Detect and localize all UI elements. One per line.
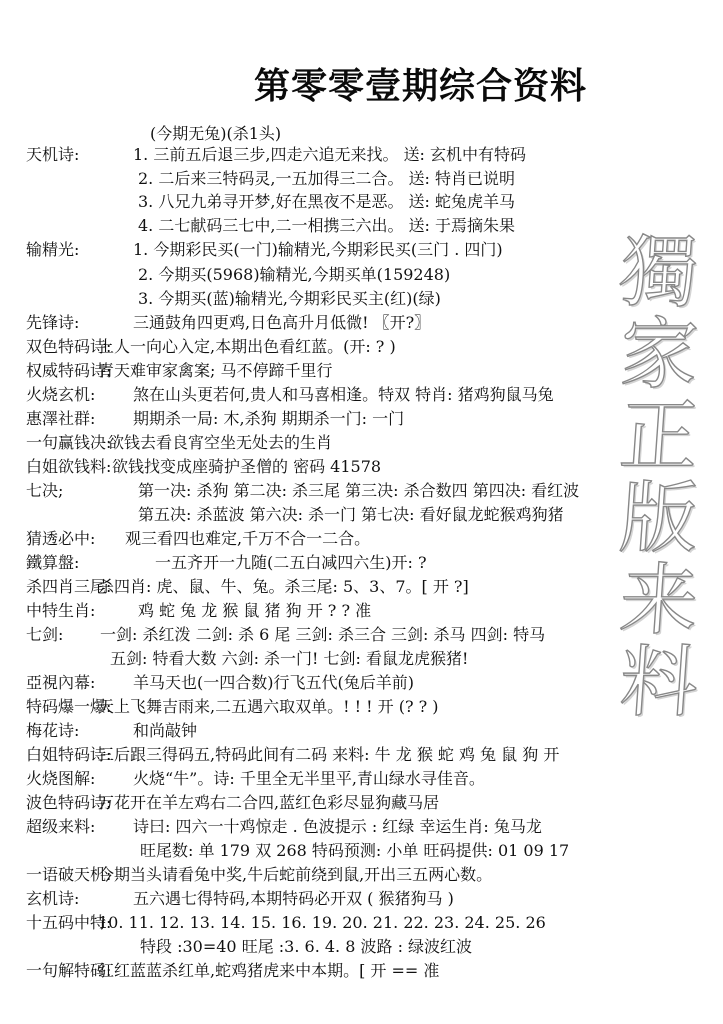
section-line: 杀四肖: 虎、鼠、牛、兔。杀三尾: 5、3、7。[ 开 ?]: [98, 577, 469, 597]
watermark: 獨 家 正 版 来 料: [614, 232, 704, 724]
section-label: 一句赢钱决:: [26, 433, 111, 453]
section-line: 三通鼓角四更鸡,日色高升月低微! 〖开?〗: [133, 313, 430, 333]
section-label: 先锋诗:: [26, 313, 79, 333]
section-line: 期期杀一局: 木,杀狗 期期杀一门: 一门: [133, 409, 404, 429]
section-label: 七决;: [26, 481, 63, 501]
section-label: 白姐欲钱料:: [26, 457, 111, 477]
section-line: 4. 二七献码三七中,二一相携三六出。 送: 于焉摘朱果: [138, 216, 515, 236]
watermark-char: 正: [617, 396, 701, 478]
section-line: 1. 今期彩民买(一门)输精光,今期彩民买(三门 . 四门): [133, 240, 503, 260]
watermark-char: 料: [617, 642, 701, 724]
section-line: 火烧“牛”。诗: 千里全无半里平,青山绿水寻佳音。: [133, 769, 485, 789]
page-title: 第零零壹期综合资料: [254, 58, 587, 109]
section-line: 万花开在羊左鸡右二合四,蓝红色彩尽显狗藏马居: [98, 793, 439, 813]
section-line: 3. 今期买(蓝)输精光,今期彩民买主(红)(绿): [138, 289, 441, 309]
section-label: 火烧图解:: [26, 769, 95, 789]
section-line: 1. 三前五后退三步,四走六追无来找。 送: 玄机中有特码: [133, 145, 526, 165]
section-line: 红红蓝蓝杀红单,蛇鸡猪虎来中本期。[ 开 == 准: [98, 961, 439, 981]
section-label: 火烧玄机:: [26, 385, 95, 405]
section-line: 鸡 蛇 兔 龙 猴 鼠 猪 狗 开 ? ? 准: [138, 601, 371, 621]
section-line: 观三看四也难定,千万不合一二合。: [125, 529, 370, 549]
section-label: 猜透必中:: [26, 529, 95, 549]
section-line: 特段 :30=40 旺尾 :3. 6. 4. 8 波路 : 绿波红波: [140, 937, 472, 957]
section-line: 2. 今期买(5968)输精光,今期买单(159248): [138, 265, 450, 285]
section-line: 天上飞舞吉雨来,二五遇六取双单。! ! ! 开 (? ? ): [98, 697, 439, 717]
section-line: 2. 二后来三特码灵,一五加得三二合。 送: 特肖已说明: [138, 169, 515, 189]
section-line: 煞在山头更若何,贵人和马喜相逢。特双 特肖: 猪鸡狗鼠马兔: [133, 385, 554, 405]
section-line: 今期当头请看兔中奖,牛后蛇前绕到鼠,开出三五两心数。: [98, 865, 492, 885]
watermark-char: 家: [617, 314, 701, 396]
subtitle: (今期无兔)(杀1头): [150, 121, 281, 144]
section-line: 三后跟三得码五,特码此间有二码 来料: 牛 龙 猴 蛇 鸡 兔 鼠 狗 开: [98, 745, 559, 765]
section-line: 3. 八兄九弟寻开梦,好在黑夜不是恶。 送: 蛇兔虎羊马: [138, 192, 515, 212]
section-line: 和尚敲钟: [133, 721, 197, 741]
section-label: 输精光:: [26, 240, 79, 260]
watermark-char: 版: [617, 478, 701, 560]
section-line: 第一决: 杀狗 第二决: 杀三尾 第三决: 杀合数四 第四决: 看红波: [138, 481, 579, 501]
section-line: 旺尾数: 单 179 双 268 特码预测: 小单 旺码提供: 01 09 17: [140, 841, 569, 861]
section-line: 10. 11. 12. 13. 14. 15. 16. 19. 20. 21. …: [98, 913, 546, 933]
section-label: 超级来料:: [26, 817, 95, 837]
section-label: 中特生肖:: [26, 601, 95, 621]
section-line: 诗曰: 四六一十鸡惊走 . 色波提示 : 红绿 幸运生肖: 兔马龙: [133, 817, 542, 837]
section-label: 七剑:: [26, 625, 63, 645]
watermark-char: 獨: [617, 232, 701, 314]
section-line: 上人一向心入定,本期出色看红蓝。(开: ? ): [98, 337, 396, 357]
section-line: 五六遇七得特码,本期特码必开双 ( 猴猪狗马 ): [133, 889, 454, 909]
watermark-char: 来: [617, 560, 701, 642]
section-line: 五剑: 特看大数 六剑: 杀一门! 七剑: 看鼠龙虎猴猪!: [110, 649, 468, 669]
section-line: 一剑: 杀红泼 二剑: 杀 6 尾 三剑: 杀三合 三剑: 杀马 四剑: 特马: [100, 625, 545, 645]
section-line: 一五齐开一九随(二五白减四六生)开: ?: [155, 553, 427, 573]
section-label: 亞視內幕:: [26, 673, 95, 693]
section-label: 惠澤社群:: [26, 409, 95, 429]
section-label: 天机诗:: [26, 145, 79, 165]
section-line: 羊马天也(一四合数)行飞五代(兔后羊前): [133, 673, 414, 693]
section-label: 鐵算盤:: [26, 553, 79, 573]
section-line: 欲钱找变成座骑护圣僧的 密码 41578: [112, 457, 381, 477]
section-label: 梅花诗:: [26, 721, 79, 741]
section-line: 欲钱去看良宵空坐无处去的生肖: [108, 433, 332, 453]
section-line: 第五决: 杀蓝波 第六决: 杀一门 第七决: 看好鼠龙蛇猴鸡狗猪: [138, 505, 564, 525]
section-label: 玄机诗:: [26, 889, 79, 909]
section-line: 青天难审家禽案; 马不停蹄千里行: [98, 361, 332, 381]
